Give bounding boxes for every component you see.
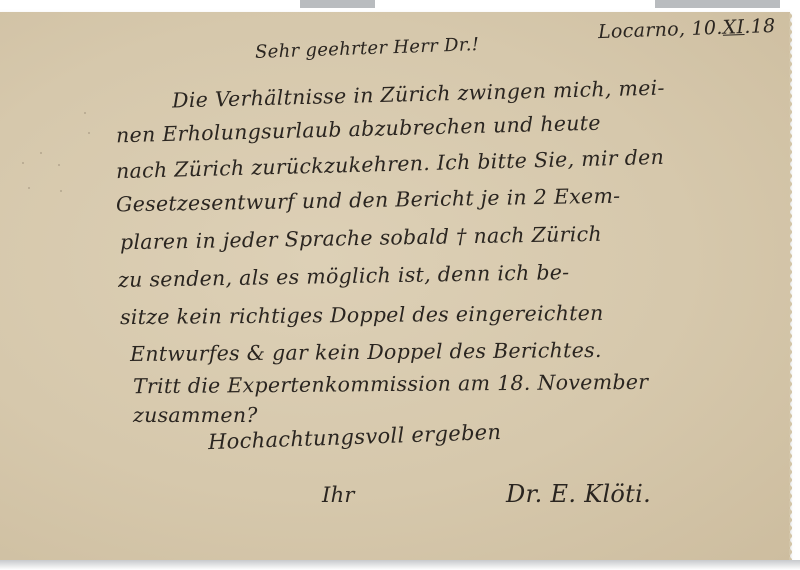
body-line: sitze kein richtiges Doppel des eingerei… — [120, 301, 604, 329]
year: .18 — [744, 15, 776, 38]
body-line: zusammen? — [133, 403, 258, 427]
complimentary-close: Ihr — [322, 483, 355, 507]
body-line: Tritt die Expertenkommission am 18. Nove… — [133, 370, 649, 398]
signature: Dr. E. Klöti. — [506, 480, 651, 508]
month-roman: XI — [722, 16, 744, 39]
body-line: Entwurfes & gar kein Doppel des Berichte… — [130, 338, 602, 366]
scan-artifact — [300, 0, 375, 8]
scan-artifact — [655, 0, 780, 8]
place-date-prefix: Locarno, 10. — [598, 17, 723, 43]
scan-background-bottom — [0, 560, 800, 570]
